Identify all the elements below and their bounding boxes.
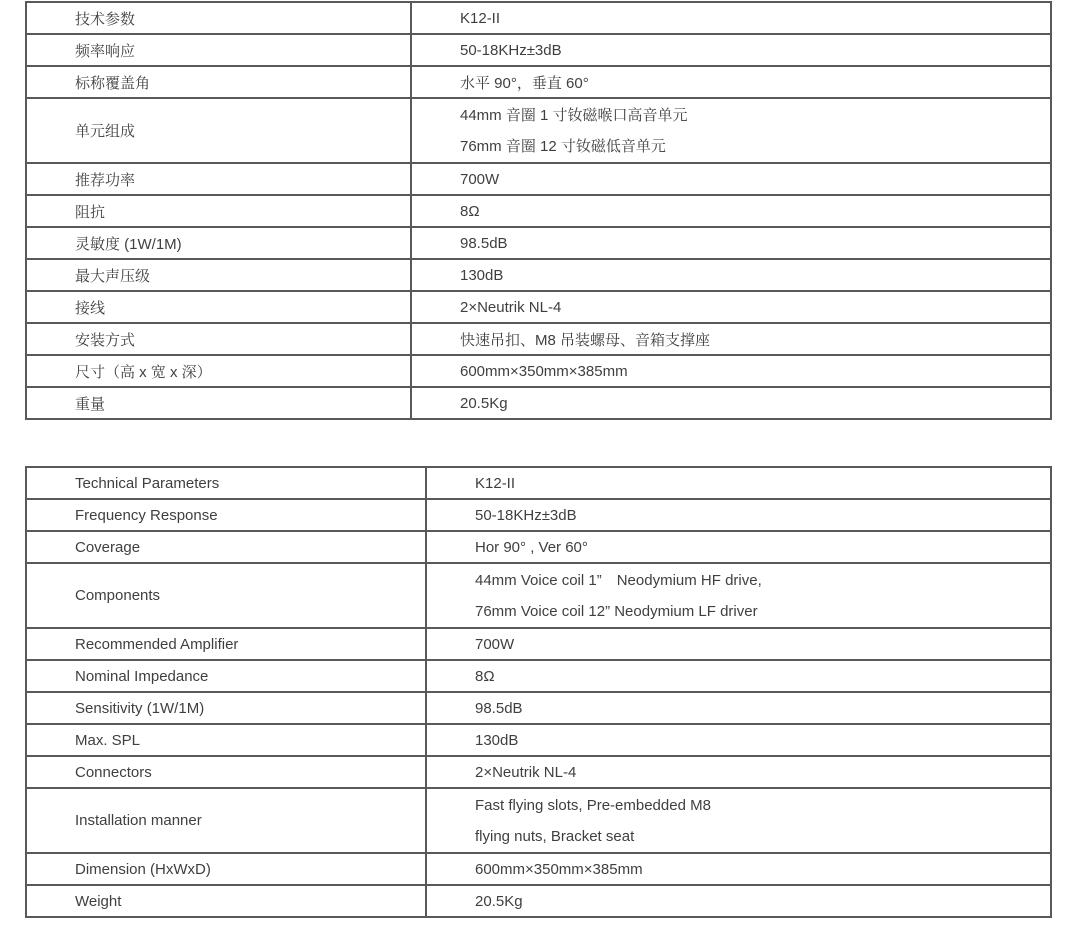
spec-label-cell: Installation manner [26,788,426,853]
table-row: 标称覆盖角 水平 90°，垂直 60° [26,66,1051,98]
spec-label-cell: 频率响应 [26,34,411,66]
table-row: Sensitivity (1W/1M) 98.5dB [26,692,1051,724]
table-row: Frequency Response 50-18KHz±3dB [26,499,1051,531]
spec-value-line: flying nuts, Bracket seat [475,821,1040,852]
spec-value-cell: 700W [411,163,1051,195]
spec-label-cell: Weight [26,885,426,917]
spec-value-cell: 600mm×350mm×385mm [426,853,1051,885]
spec-label-cell: 技术参数 [26,2,411,34]
spec-label-cell: Recommended Amplifier [26,628,426,660]
table-row: 重量 20.5Kg [26,387,1051,419]
spec-value-line: Fast flying slots, Pre-embedded M8 [475,790,1040,821]
table-row: 灵敏度 (1W/1M) 98.5dB [26,227,1051,259]
table-row: 最大声压级 130dB [26,259,1051,291]
spec-value-cell: K12-II [411,2,1051,34]
spec-value-cell: K12-II [426,467,1051,499]
spec-label-cell: Dimension (HxWxD) [26,853,426,885]
spec-label-cell: 单元组成 [26,98,411,163]
table-row: Installation manner Fast flying slots, P… [26,788,1051,853]
spec-value-cell: 8Ω [411,195,1051,227]
english-spec-table: Technical Parameters K12-II Frequency Re… [25,466,1052,918]
table-row: Components 44mm Voice coil 1” Neodymium … [26,563,1051,628]
table-row: 阻抗 8Ω [26,195,1051,227]
spec-value-cell: 2×Neutrik NL-4 [411,291,1051,323]
spec-label-cell: Technical Parameters [26,467,426,499]
spec-value-cell: 20.5Kg [411,387,1051,419]
spec-label-cell: Frequency Response [26,499,426,531]
spec-label-cell: 安装方式 [26,323,411,355]
spec-label-cell: Coverage [26,531,426,563]
spec-value-cell: 50-18KHz±3dB [426,499,1051,531]
spec-value-cell: 130dB [426,724,1051,756]
spec-label-cell: 接线 [26,291,411,323]
chinese-spec-table: 技术参数 K12-II 频率响应 50-18KHz±3dB 标称覆盖角 水平 9… [25,1,1052,420]
table-row: 单元组成 44mm 音圈 1 寸钕磁喉口高音单元 76mm 音圈 12 寸钕磁低… [26,98,1051,163]
table-row: 安装方式 快速吊扣、M8 吊装螺母、音箱支撑座 [26,323,1051,355]
spec-value-cell: 快速吊扣、M8 吊装螺母、音箱支撑座 [411,323,1051,355]
table-row: 接线 2×Neutrik NL-4 [26,291,1051,323]
spec-value-cell: 44mm Voice coil 1” Neodymium HF drive, 7… [426,563,1051,628]
spec-label-cell: Sensitivity (1W/1M) [26,692,426,724]
spec-value-cell: 50-18KHz±3dB [411,34,1051,66]
table-row: Technical Parameters K12-II [26,467,1051,499]
table-row: 频率响应 50-18KHz±3dB [26,34,1051,66]
spec-label-cell: 标称覆盖角 [26,66,411,98]
spec-label-cell: 灵敏度 (1W/1M) [26,227,411,259]
table-row: Connectors 2×Neutrik NL-4 [26,756,1051,788]
table-row: 尺寸（高 x 宽 x 深） 600mm×350mm×385mm [26,355,1051,387]
spec-label-cell: 重量 [26,387,411,419]
spec-label-cell: Connectors [26,756,426,788]
spec-value-line: 44mm 音圈 1 寸钕磁喉口高音单元 [460,100,1040,131]
spec-label-cell: Nominal Impedance [26,660,426,692]
spec-value-line: 76mm 音圈 12 寸钕磁低音单元 [460,131,1040,162]
table-row: Dimension (HxWxD) 600mm×350mm×385mm [26,853,1051,885]
spec-label-cell: 推荐功率 [26,163,411,195]
spec-label-cell: Max. SPL [26,724,426,756]
spec-value-cell: 130dB [411,259,1051,291]
table-row: 推荐功率 700W [26,163,1051,195]
table-row: Max. SPL 130dB [26,724,1051,756]
table-row: Recommended Amplifier 700W [26,628,1051,660]
spec-value-cell: 20.5Kg [426,885,1051,917]
spec-label-cell: Components [26,563,426,628]
spec-label-cell: 最大声压级 [26,259,411,291]
spec-value-line: 44mm Voice coil 1” Neodymium HF drive, [475,565,1040,596]
spec-value-cell: 98.5dB [411,227,1051,259]
table-row: Nominal Impedance 8Ω [26,660,1051,692]
spec-value-cell: 8Ω [426,660,1051,692]
table-row: Weight 20.5Kg [26,885,1051,917]
table-row: 技术参数 K12-II [26,2,1051,34]
spec-sheet-page: 技术参数 K12-II 频率响应 50-18KHz±3dB 标称覆盖角 水平 9… [0,1,1069,928]
spec-label-cell: 阻抗 [26,195,411,227]
spec-value-cell: 2×Neutrik NL-4 [426,756,1051,788]
spec-value-cell: 水平 90°，垂直 60° [411,66,1051,98]
spec-label-cell: 尺寸（高 x 宽 x 深） [26,355,411,387]
table-row: Coverage Hor 90° , Ver 60° [26,531,1051,563]
spec-value-cell: 700W [426,628,1051,660]
spec-value-cell: 98.5dB [426,692,1051,724]
spec-value-cell: Fast flying slots, Pre-embedded M8 flyin… [426,788,1051,853]
spec-value-cell: 600mm×350mm×385mm [411,355,1051,387]
spec-value-cell: 44mm 音圈 1 寸钕磁喉口高音单元 76mm 音圈 12 寸钕磁低音单元 [411,98,1051,163]
spec-value-line: 76mm Voice coil 12” Neodymium LF driver [475,596,1040,627]
spec-value-cell: Hor 90° , Ver 60° [426,531,1051,563]
